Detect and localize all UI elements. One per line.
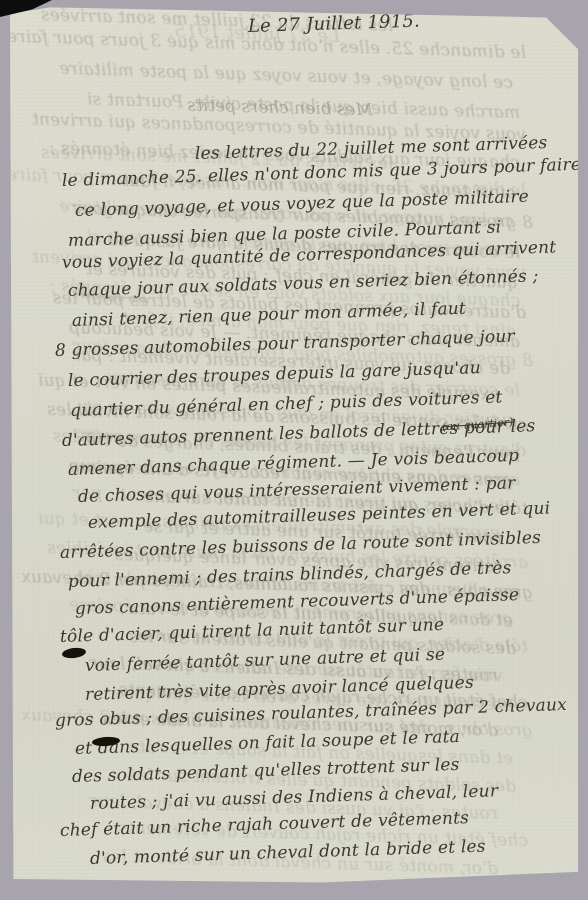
letter-text-layer: Le 27 Juillet 1915. les lettres du 22 ju… bbox=[10, 6, 578, 886]
letter-line: des soldats pendant qu'elles trottent su… bbox=[72, 757, 460, 786]
ink-blot bbox=[61, 647, 86, 660]
letter-line: chaque jour aux soldats vous en seriez b… bbox=[68, 268, 539, 300]
letter-line: le dimanche 25. elles n'ont donc mis que… bbox=[62, 157, 582, 190]
letter-line: ce long voyage, et vous voyez que la pos… bbox=[75, 189, 529, 220]
date-line: Le 27 Juillet 1915. bbox=[248, 13, 420, 36]
letter-line: chef était un riche rajah couvert de vêt… bbox=[60, 810, 470, 840]
letter-line: 8 grosses automobiles pour transporter c… bbox=[55, 329, 515, 360]
letter-line: le courrier des troupes depuis la gare j… bbox=[68, 360, 481, 390]
letter-line: d'or, monté sur un cheval dont la bride … bbox=[90, 839, 486, 868]
letter-line: gros canons entièrement recouverts d'une… bbox=[75, 587, 520, 618]
letter-line: arrêtées contre les buissons de la route… bbox=[60, 530, 542, 562]
letter-line: ainsi tenez, rien que pour mon armée, il… bbox=[72, 301, 466, 330]
letter-scan: Le 27 Juillet 1915. les lettres du 22 ju… bbox=[0, 0, 588, 900]
letter-paper: Le 27 Juillet 1915. les lettres du 22 ju… bbox=[10, 6, 578, 886]
letter-line: exemple des automitrailleuses peintes en… bbox=[88, 500, 551, 532]
letter-line: tôle d'acier, qui tirent la nuit tantôt … bbox=[60, 617, 445, 646]
letter-line: et dans lesquelles on fait la soupe et l… bbox=[75, 729, 460, 758]
letter-line: quartier du général en chef ; puis des v… bbox=[70, 389, 503, 420]
letter-line: voie ferrée tantôt sur une autre et qui … bbox=[85, 647, 446, 675]
